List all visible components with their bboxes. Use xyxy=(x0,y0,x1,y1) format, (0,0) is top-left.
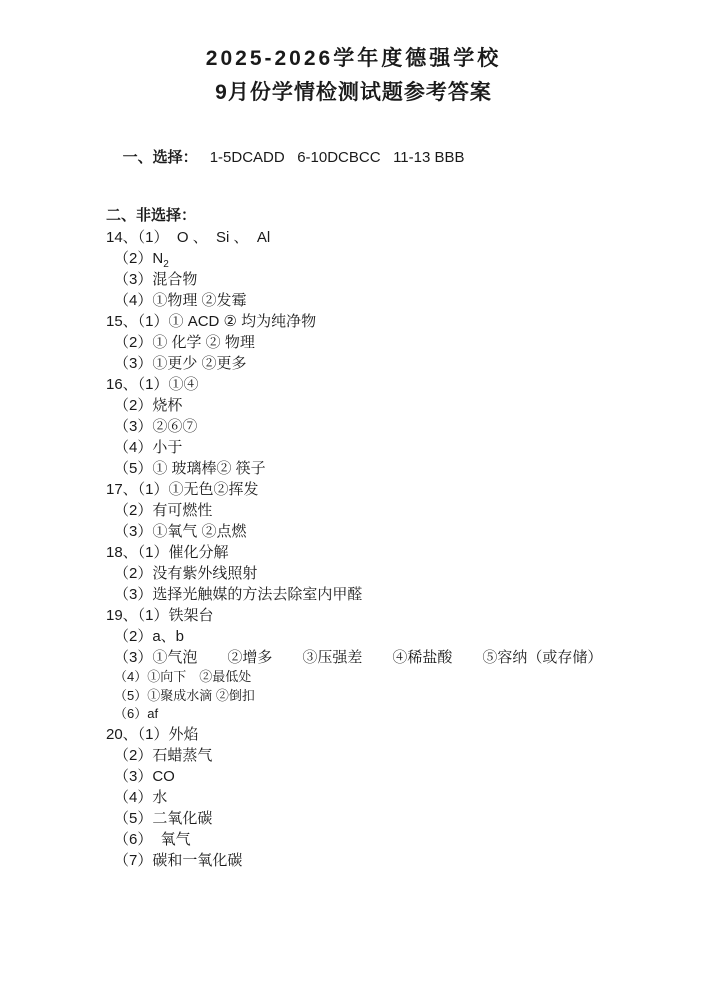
title-line-1: 2025-2026学年度德强学校 xyxy=(0,44,707,74)
answer-line: （4）①向下 ②最低处 xyxy=(106,668,707,687)
answer-line-text: 17、（1）①无色②挥发 xyxy=(106,481,259,498)
answer-line-text: 16、（1）①④ xyxy=(106,376,199,393)
document-title: 2025-2026学年度德强学校 9月份学情检测试题参考答案 xyxy=(0,0,707,108)
choice-section: 一、选择：1-5DCADD 6-10DCBCC 11-13 BBB xyxy=(106,126,707,189)
answer-line: （5）①聚成水滴 ②倒扣 xyxy=(106,687,707,706)
answer-line-text: （5）① 玻璃棒② 筷子 xyxy=(114,460,266,477)
answer-line: （5）二氧化碳 xyxy=(106,808,707,829)
answer-lines: 14、（1） O 、 Si 、 Al（2）N2（3）混合物（4）①物理 ②发霉1… xyxy=(106,227,707,871)
answer-line-text: （3）选择光触媒的方法去除室内甲醛 xyxy=(114,586,362,603)
answer-line: （2）烧杯 xyxy=(106,395,707,416)
answer-line-text: （2）a、b xyxy=(114,628,184,645)
answer-line: （2）有可燃性 xyxy=(106,500,707,521)
answer-line: （2）N2 xyxy=(106,248,707,269)
answer-line-text: 14、（1） O 、 Si 、 Al xyxy=(106,229,270,246)
answer-line: （3）CO xyxy=(106,766,707,787)
answer-line: 14、（1） O 、 Si 、 Al xyxy=(106,227,707,248)
choice-section-label: 一、选择： xyxy=(123,149,198,166)
answer-line-text: （3）CO xyxy=(114,768,175,785)
answer-line: 18、（1）催化分解 xyxy=(106,542,707,563)
answer-line-text: （7）碳和一氧化碳 xyxy=(114,852,242,869)
answer-line-text: （5）二氧化碳 xyxy=(114,810,212,827)
title-line-2: 9月份学情检测试题参考答案 xyxy=(0,78,707,108)
answer-line-text: （4）水 xyxy=(114,789,167,806)
answer-line-text: （2）① 化学 ② 物理 xyxy=(114,334,255,351)
answer-line: （2）① 化学 ② 物理 xyxy=(106,332,707,353)
document-page: 2025-2026学年度德强学校 9月份学情检测试题参考答案 一、选择：1-5D… xyxy=(0,0,707,999)
answer-line: 20、（1）外焰 xyxy=(106,724,707,745)
answer-line-text: （3）混合物 xyxy=(114,271,197,288)
answer-line: （3）①氧气 ②点燃 xyxy=(106,521,707,542)
answer-line: 16、（1）①④ xyxy=(106,374,707,395)
answer-line-text: （5）①聚成水滴 ②倒扣 xyxy=(114,688,255,703)
answer-line: （2）a、b xyxy=(106,626,707,647)
answer-line-text: （6） 氧气 xyxy=(114,831,191,848)
answer-line: （2）石蜡蒸气 xyxy=(106,745,707,766)
answer-line-text: （3）②⑥⑦ xyxy=(114,418,197,435)
answer-line-text: 19、（1）铁架台 xyxy=(106,607,214,624)
answer-line-text: （3）①氧气 ②点燃 xyxy=(114,523,247,540)
answer-line: 17、（1）①无色②挥发 xyxy=(106,479,707,500)
answer-line: 19、（1）铁架台 xyxy=(106,605,707,626)
answer-line-text: （3）①气泡 ②增多 ③压强差 ④稀盐酸 ⑤容纳（或存储） xyxy=(114,649,602,666)
answer-line-text: （2）有可燃性 xyxy=(114,502,212,519)
answer-line-text: （2）烧杯 xyxy=(114,397,182,414)
choice-answers: 1-5DCADD 6-10DCBCC 11-13 BBB xyxy=(210,149,465,166)
answer-line: （2）没有紫外线照射 xyxy=(106,563,707,584)
answer-line: （3）选择光触媒的方法去除室内甲醛 xyxy=(106,584,707,605)
answer-line: （3）①气泡 ②增多 ③压强差 ④稀盐酸 ⑤容纳（或存储） xyxy=(106,647,707,668)
answer-line-text: 15、（1）① ACD ② 均为纯净物 xyxy=(106,313,316,330)
answer-line: （6） 氧气 xyxy=(106,829,707,850)
answer-line: （4）小于 xyxy=(106,437,707,458)
answer-line-text: 20、（1）外焰 xyxy=(106,726,199,743)
answer-line: （6）af xyxy=(106,705,707,724)
answer-line-text: （2）石蜡蒸气 xyxy=(114,747,212,764)
answer-line-text: （2）N xyxy=(114,250,163,267)
answer-line-text: （4）①向下 ②最低处 xyxy=(114,669,251,684)
answer-line-text: （6）af xyxy=(114,706,158,721)
answer-line: （4）水 xyxy=(106,787,707,808)
answer-line-text: （3）①更少 ②更多 xyxy=(114,355,247,372)
answer-line: （3）①更少 ②更多 xyxy=(106,353,707,374)
answer-line: （3）混合物 xyxy=(106,269,707,290)
answer-line-text: 18、（1）催化分解 xyxy=(106,544,229,561)
answer-line: （3）②⑥⑦ xyxy=(106,416,707,437)
answer-line: （5）① 玻璃棒② 筷子 xyxy=(106,458,707,479)
answer-line-text: （4）小于 xyxy=(114,439,182,456)
answer-line-text: （4）①物理 ②发霉 xyxy=(114,292,247,309)
answer-line: （7）碳和一氧化碳 xyxy=(106,850,707,871)
answer-line: （4）①物理 ②发霉 xyxy=(106,290,707,311)
answer-line: 15、（1）① ACD ② 均为纯净物 xyxy=(106,311,707,332)
answer-line-text: （2）没有紫外线照射 xyxy=(114,565,257,582)
nonchoice-section-label: 二、非选择： xyxy=(106,205,707,226)
